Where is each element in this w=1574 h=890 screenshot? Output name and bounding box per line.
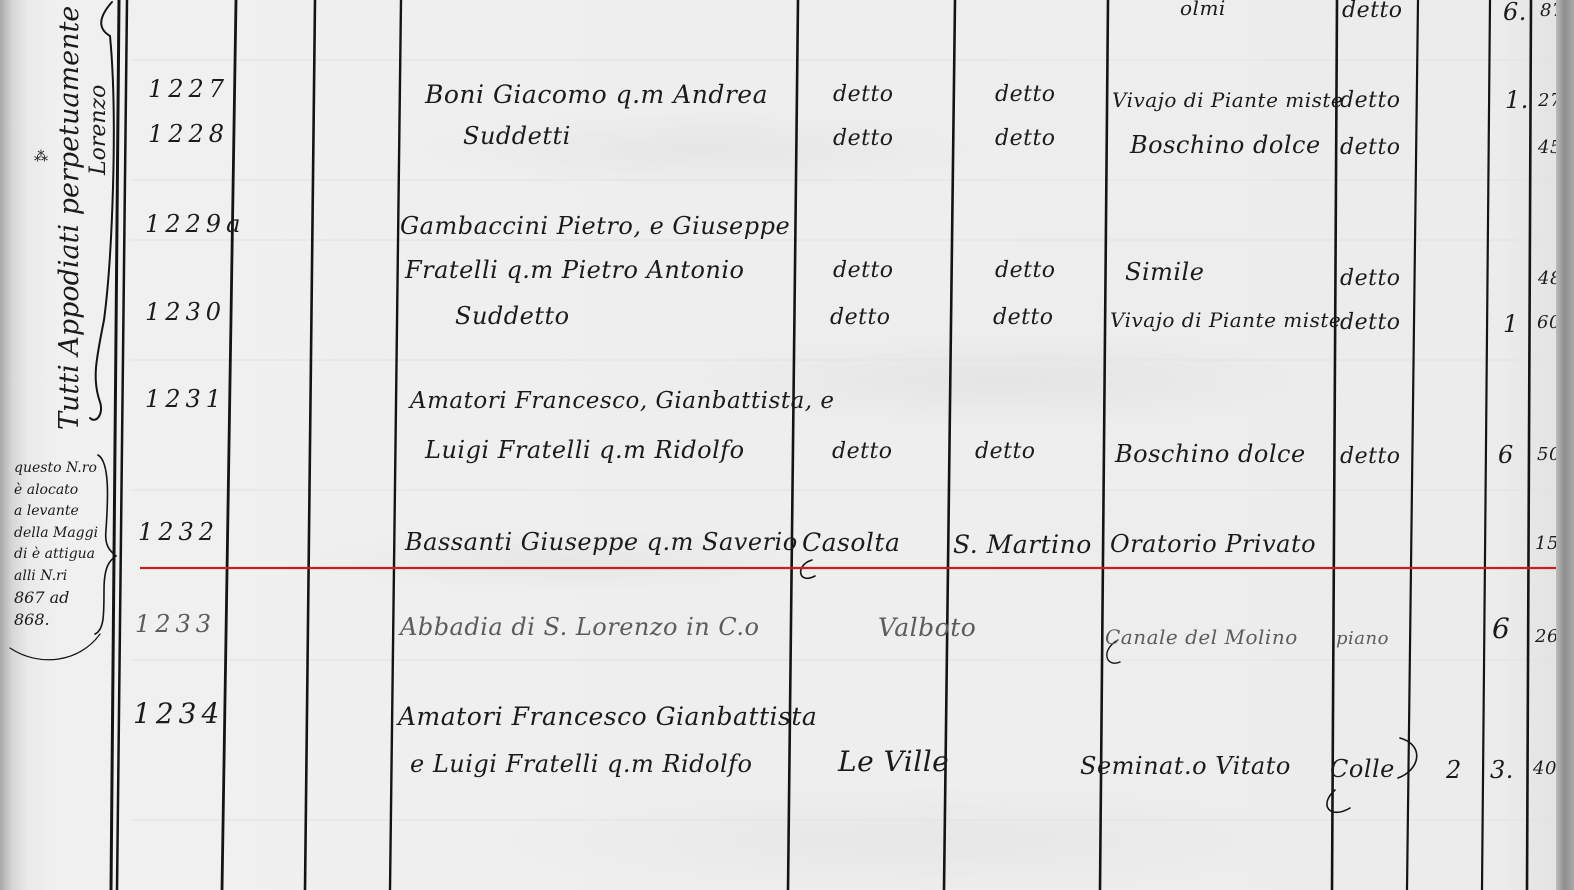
entry-number: 1231	[145, 387, 226, 411]
page-edge-shadow	[1556, 0, 1574, 890]
entry-col8: piano	[1336, 630, 1389, 648]
entry-coltura: Oratorio Privato	[1110, 532, 1316, 556]
entry-col8: detto	[1340, 137, 1401, 159]
entry-owner: Amatori Francesco, Gianbattista, e	[410, 390, 835, 413]
margin-vertical-note: Tutti Appodiati perpetuamente	[56, 6, 83, 430]
entry-number: 1229a	[145, 212, 245, 236]
margin-side-note: questo N.ro è alocato a levante della Ma…	[14, 458, 109, 630]
entry-owner: Abbadia di S. Lorenzo in C.o	[400, 615, 759, 639]
continuation-coltura: olmi	[1180, 0, 1226, 18]
side-note-line: è alocato	[14, 480, 109, 502]
side-note-line: di è attigua	[14, 544, 109, 566]
entry-owner-line2: e Luigi Fratelli q.m Ridolfo	[410, 752, 752, 776]
entry-col6: detto	[995, 260, 1056, 282]
entry-col5: detto	[833, 128, 894, 150]
entry-coltura: Vivajo di Piante miste	[1112, 90, 1343, 110]
entry-col5: detto	[830, 307, 891, 329]
side-note-line: della Maggi	[14, 523, 109, 545]
entry-col9: 2	[1446, 758, 1462, 782]
side-note-line: questo N.ro	[14, 458, 109, 480]
entry-number: 1234	[133, 700, 224, 728]
entry-coltura: Boschino dolce	[1130, 133, 1321, 157]
margin-mark-icon: ⁂	[34, 150, 49, 164]
entry-col10: 6	[1492, 615, 1510, 643]
entry-col11: 40	[1533, 760, 1557, 778]
entry-owner: Suddetti	[463, 124, 571, 148]
entry-owner-line2: Luigi Fratelli q.m Ridolfo	[425, 438, 745, 462]
entry-col6: S. Martino	[953, 532, 1092, 557]
side-note-line: 867 ad	[14, 587, 109, 609]
entry-col6: detto	[993, 307, 1054, 329]
entry-number: 1232	[138, 520, 219, 544]
entry-col5: detto	[833, 84, 894, 106]
side-note-line: a levante	[14, 501, 109, 523]
entry-col10: 6	[1498, 443, 1514, 467]
ledger-page: Tutti Appodiati perpetuamente Lorenzo ⁂ …	[0, 0, 1574, 890]
entry-owner: Bassanti Giuseppe q.m Saverio	[405, 530, 798, 554]
entry-owner: Suddetto	[455, 304, 570, 328]
entry-number: 1230	[145, 300, 226, 324]
entry-coltura: Simile	[1125, 260, 1204, 284]
entry-coltura: Seminat.o Vitato	[1080, 754, 1291, 778]
entry-col10: 1.	[1505, 88, 1529, 112]
entry-col5: Le Ville	[838, 748, 949, 776]
continuation-col8: detto	[1342, 0, 1403, 22]
entry-number: 1233	[135, 612, 216, 636]
entry-col5: detto	[833, 260, 894, 282]
entry-coltura: Boschino dolce	[1115, 442, 1306, 466]
margin-vertical-note-2: Lorenzo	[88, 85, 110, 175]
entry-col6: detto	[975, 441, 1036, 463]
entry-col8: detto	[1340, 90, 1401, 112]
entry-coltura: Canale del Molino	[1105, 627, 1298, 647]
entry-owner-line2: Fratelli q.m Pietro Antonio	[405, 258, 745, 282]
entry-coltura: Vivajo di Piante miste	[1110, 310, 1341, 330]
entry-col8: detto	[1340, 312, 1401, 334]
entry-owner: Amatori Francesco Gianbattista	[398, 704, 817, 729]
entry-owner: Gambaccini Pietro, e Giuseppe	[400, 214, 790, 238]
entry-col8: detto	[1340, 446, 1401, 468]
entry-col10: 1	[1503, 312, 1519, 336]
entry-col10: 3.	[1490, 758, 1514, 782]
entry-col8: detto	[1340, 268, 1401, 290]
entry-col6: detto	[995, 128, 1056, 150]
entry-number: 1228	[148, 122, 229, 146]
entry-col5: Casolta	[802, 530, 900, 555]
side-note-line: alli N.ri	[14, 566, 109, 588]
entry-col5: detto	[832, 441, 893, 463]
entry-col5: Valboto	[878, 615, 976, 640]
side-note-line: 868.	[14, 609, 109, 631]
entry-number: 1227	[148, 77, 229, 101]
continuation-col10: 6.	[1503, 0, 1527, 24]
entry-owner: Boni Giacomo q.m Andrea	[425, 82, 768, 107]
entry-col8: Colle	[1330, 757, 1395, 781]
entry-col6: detto	[995, 84, 1056, 106]
